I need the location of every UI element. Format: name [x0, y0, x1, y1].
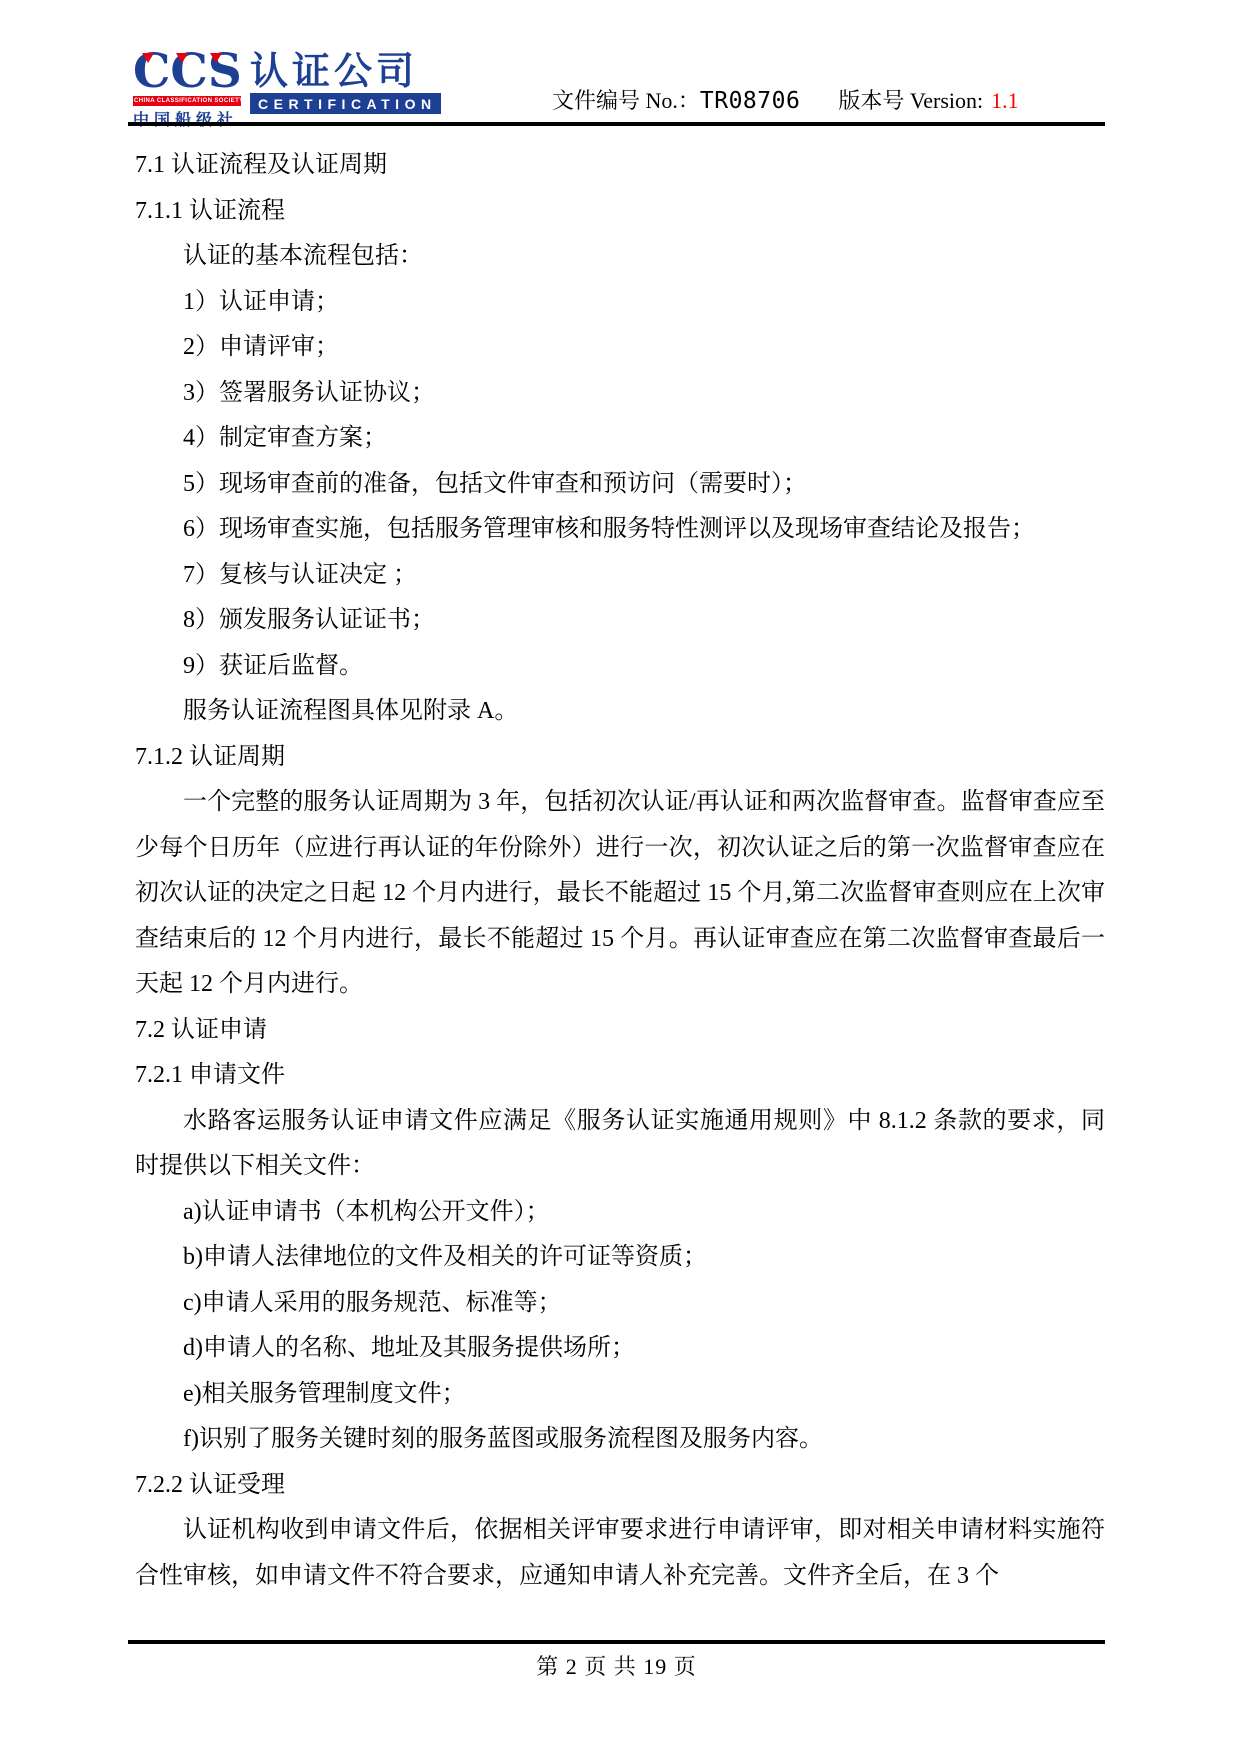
- ccs-logo-right: 认证公司 CERTIFICATION: [250, 52, 441, 114]
- list-item: c)申请人采用的服务规范、标准等；: [135, 1281, 1105, 1327]
- doc-number-label: 文件编号 No.：: [552, 88, 700, 113]
- section-heading: 7.2.2 认证受理: [135, 1463, 1105, 1509]
- ccs-flag-icon: [210, 53, 222, 63]
- version-value: 1.1: [991, 88, 1019, 113]
- body-line: 认证的基本流程包括：: [135, 234, 1105, 280]
- section-heading: 7.1.2 认证周期: [135, 735, 1105, 781]
- header-divider: [128, 122, 1105, 126]
- company-name-cn: 认证公司: [250, 52, 441, 92]
- society-name-cn: 中国船级社: [133, 107, 241, 130]
- ccs-logo: CCS CHINA CLASSIFICATION SOCIETY 中国船级社 认…: [133, 50, 441, 130]
- ccs-logo-left: CCS CHINA CLASSIFICATION SOCIETY 中国船级社: [133, 50, 241, 130]
- paragraph: 一个完整的服务认证周期为 3 年，包括初次认证/再认证和两次监督审查。监督审查应…: [135, 780, 1105, 1008]
- list-item: e)相关服务管理制度文件；: [135, 1372, 1105, 1418]
- section-heading: 7.1.1 认证流程: [135, 189, 1105, 235]
- document-page: CCS CHINA CLASSIFICATION SOCIETY 中国船级社 认…: [0, 0, 1233, 1743]
- list-item: 5）现场审查前的准备，包括文件审查和预访问（需要时）；: [135, 462, 1105, 508]
- footer-divider: [128, 1640, 1105, 1644]
- doc-number-value: TR08706: [700, 88, 800, 114]
- version-label: 版本号 Version:: [838, 88, 983, 113]
- paragraph: 水路客运服务认证申请文件应满足《服务认证实施通用规则》中 8.1.2 条款的要求…: [135, 1099, 1105, 1190]
- page-number: 第 2 页 共 19 页: [0, 1650, 1233, 1681]
- list-item: 7）复核与认证决定 ；: [135, 553, 1105, 599]
- body-line: 服务认证流程图具体见附录 A。: [135, 689, 1105, 735]
- section-heading: 7.2 认证申请: [135, 1008, 1105, 1054]
- document-info: 文件编号 No.：TR08706版本号 Version:1.1: [552, 84, 1019, 115]
- document-body: 7.1 认证流程及认证周期 7.1.1 认证流程 认证的基本流程包括： 1）认证…: [135, 143, 1105, 1599]
- list-item: b)申请人法律地位的文件及相关的许可证等资质；: [135, 1235, 1105, 1281]
- ccs-wordmark: CCS: [133, 50, 241, 94]
- list-item: d)申请人的名称、地址及其服务提供场所；: [135, 1326, 1105, 1372]
- paragraph: 认证机构收到申请文件后，依据相关评审要求进行申请评审，即对相关申请材料实施符合性…: [135, 1508, 1105, 1599]
- ccs-flag-icon: [142, 53, 154, 63]
- list-item: 8）颁发服务认证证书；: [135, 598, 1105, 644]
- section-heading: 7.2.1 申请文件: [135, 1053, 1105, 1099]
- list-item: 6）现场审查实施，包括服务管理审核和服务特性测评以及现场审查结论及报告；: [135, 507, 1105, 553]
- list-item: 1）认证申请；: [135, 280, 1105, 326]
- list-item: a)认证申请书（本机构公开文件）；: [135, 1190, 1105, 1236]
- list-item: 9）获证后监督。: [135, 644, 1105, 690]
- list-item: 3）签署服务认证协议；: [135, 371, 1105, 417]
- section-heading: 7.1 认证流程及认证周期: [135, 143, 1105, 189]
- certification-banner: CERTIFICATION: [250, 93, 441, 114]
- list-item: f)识别了服务关键时刻的服务蓝图或服务流程图及服务内容。: [135, 1417, 1105, 1463]
- list-item: 2）申请评审；: [135, 325, 1105, 371]
- ccs-flag-icon: [176, 53, 188, 63]
- list-item: 4）制定审查方案；: [135, 416, 1105, 462]
